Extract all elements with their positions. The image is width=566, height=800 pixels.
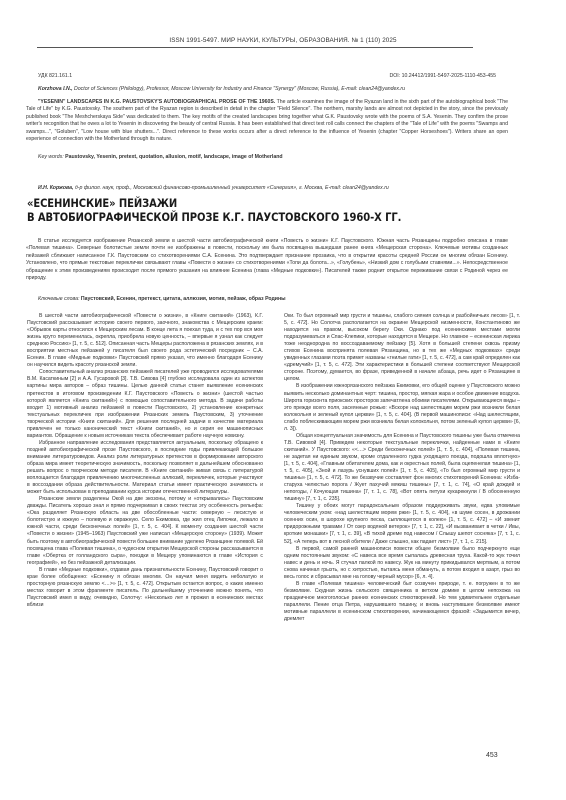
- body-column-left: В шестой части автобиографической «Повес…: [27, 313, 263, 609]
- paragraph: Тишину у обоих могут парадоксальным обра…: [284, 503, 520, 545]
- keywords-en: Key words: Paustovsky, Yesenin, pretext,…: [38, 154, 498, 160]
- author-info-ru: И.Н. Коржова, д-р филол. наук, проф., Мо…: [38, 185, 498, 191]
- paragraph: Оки. То был огромный мир грусти и тишины…: [284, 313, 520, 383]
- paragraph: Избранное направление исследования предс…: [27, 440, 263, 496]
- keywords-ru: Ключевые слова: Паустовский, Есенин, пре…: [38, 296, 498, 302]
- paragraph: В первой, самой ранней машинописи повест…: [284, 546, 520, 581]
- author-info-en: Korzhova I.N., Doctor of Sciences (Philo…: [38, 86, 498, 92]
- article-title-line-1: «ЕСЕНИНСКИЕ» ПЕЙЗАЖИ: [27, 197, 440, 211]
- body-column-right: Оки. То был огромный мир грусти и тишины…: [284, 313, 520, 623]
- paragraph: Общая концептуальная значимость для Есен…: [284, 433, 520, 503]
- paragraph: Сопоставительный анализ рязанских пейзаж…: [27, 369, 263, 439]
- keywords-en-values: Paustovsky, Yesenin, pretext, quotation,…: [65, 154, 282, 160]
- author-name-en: Korzhova I.N.,: [38, 86, 73, 92]
- paragraph: В изображении южнорязанского пейзажа Еки…: [284, 383, 520, 432]
- paragraph: В шестой части автобиографической «Повес…: [27, 313, 263, 369]
- article-title-en: "YESENIN" LANDSCAPES IN K.G. PAUSTOVSKY'…: [38, 99, 275, 105]
- article-title-line-2: В АВТОБИОГРАФИЧЕСКОЙ ПРОЗЕ К.Г. ПАУСТОВС…: [27, 211, 440, 225]
- keywords-ru-values: Паустовский, Есенин, претекст, цитата, а…: [81, 296, 286, 302]
- doi[interactable]: DOI: 10.24412/1991-5497-2025-1110-453-45…: [389, 73, 496, 79]
- author-affiliation-ru: д-р филол. наук, проф., Московский финан…: [73, 185, 388, 191]
- paragraph: В главе «Медные подковки», отдавая дань …: [27, 567, 263, 609]
- header-divider: [37, 47, 473, 48]
- author-name-ru: И.Н. Коржова,: [38, 185, 73, 191]
- abstract-en: "YESENIN" LANDSCAPES IN K.G. PAUSTOVSKY'…: [26, 99, 508, 143]
- keywords-en-label: Key words:: [38, 154, 65, 160]
- author-affiliation-en: Doctor of Sciences (Philology), Professo…: [73, 86, 405, 92]
- abstract-en-text: The article examines the image of the Ry…: [26, 99, 508, 142]
- abstract-ru: В статье исследуется изображение Рязанск…: [26, 238, 508, 282]
- keywords-ru-label: Ключевые слова:: [38, 296, 81, 302]
- paragraph: В главе «Полевая тишина» человеческий бы…: [284, 581, 520, 623]
- paragraph: Рязанские земли разделены Окой на две эк…: [27, 496, 263, 566]
- udk-code: УДК 821.161.1: [38, 73, 72, 79]
- article-title-ru: «ЕСЕНИНСКИЕ» ПЕЙЗАЖИ В АВТОБИОГРАФИЧЕСКО…: [27, 197, 440, 224]
- page-number: 453: [486, 752, 498, 759]
- journal-page: ISSN 1991-5497. МИР НАУКИ, КУЛЬТУРЫ, ОБР…: [0, 0, 566, 800]
- running-header: ISSN 1991-5497. МИР НАУКИ, КУЛЬТУРЫ, ОБР…: [0, 37, 566, 44]
